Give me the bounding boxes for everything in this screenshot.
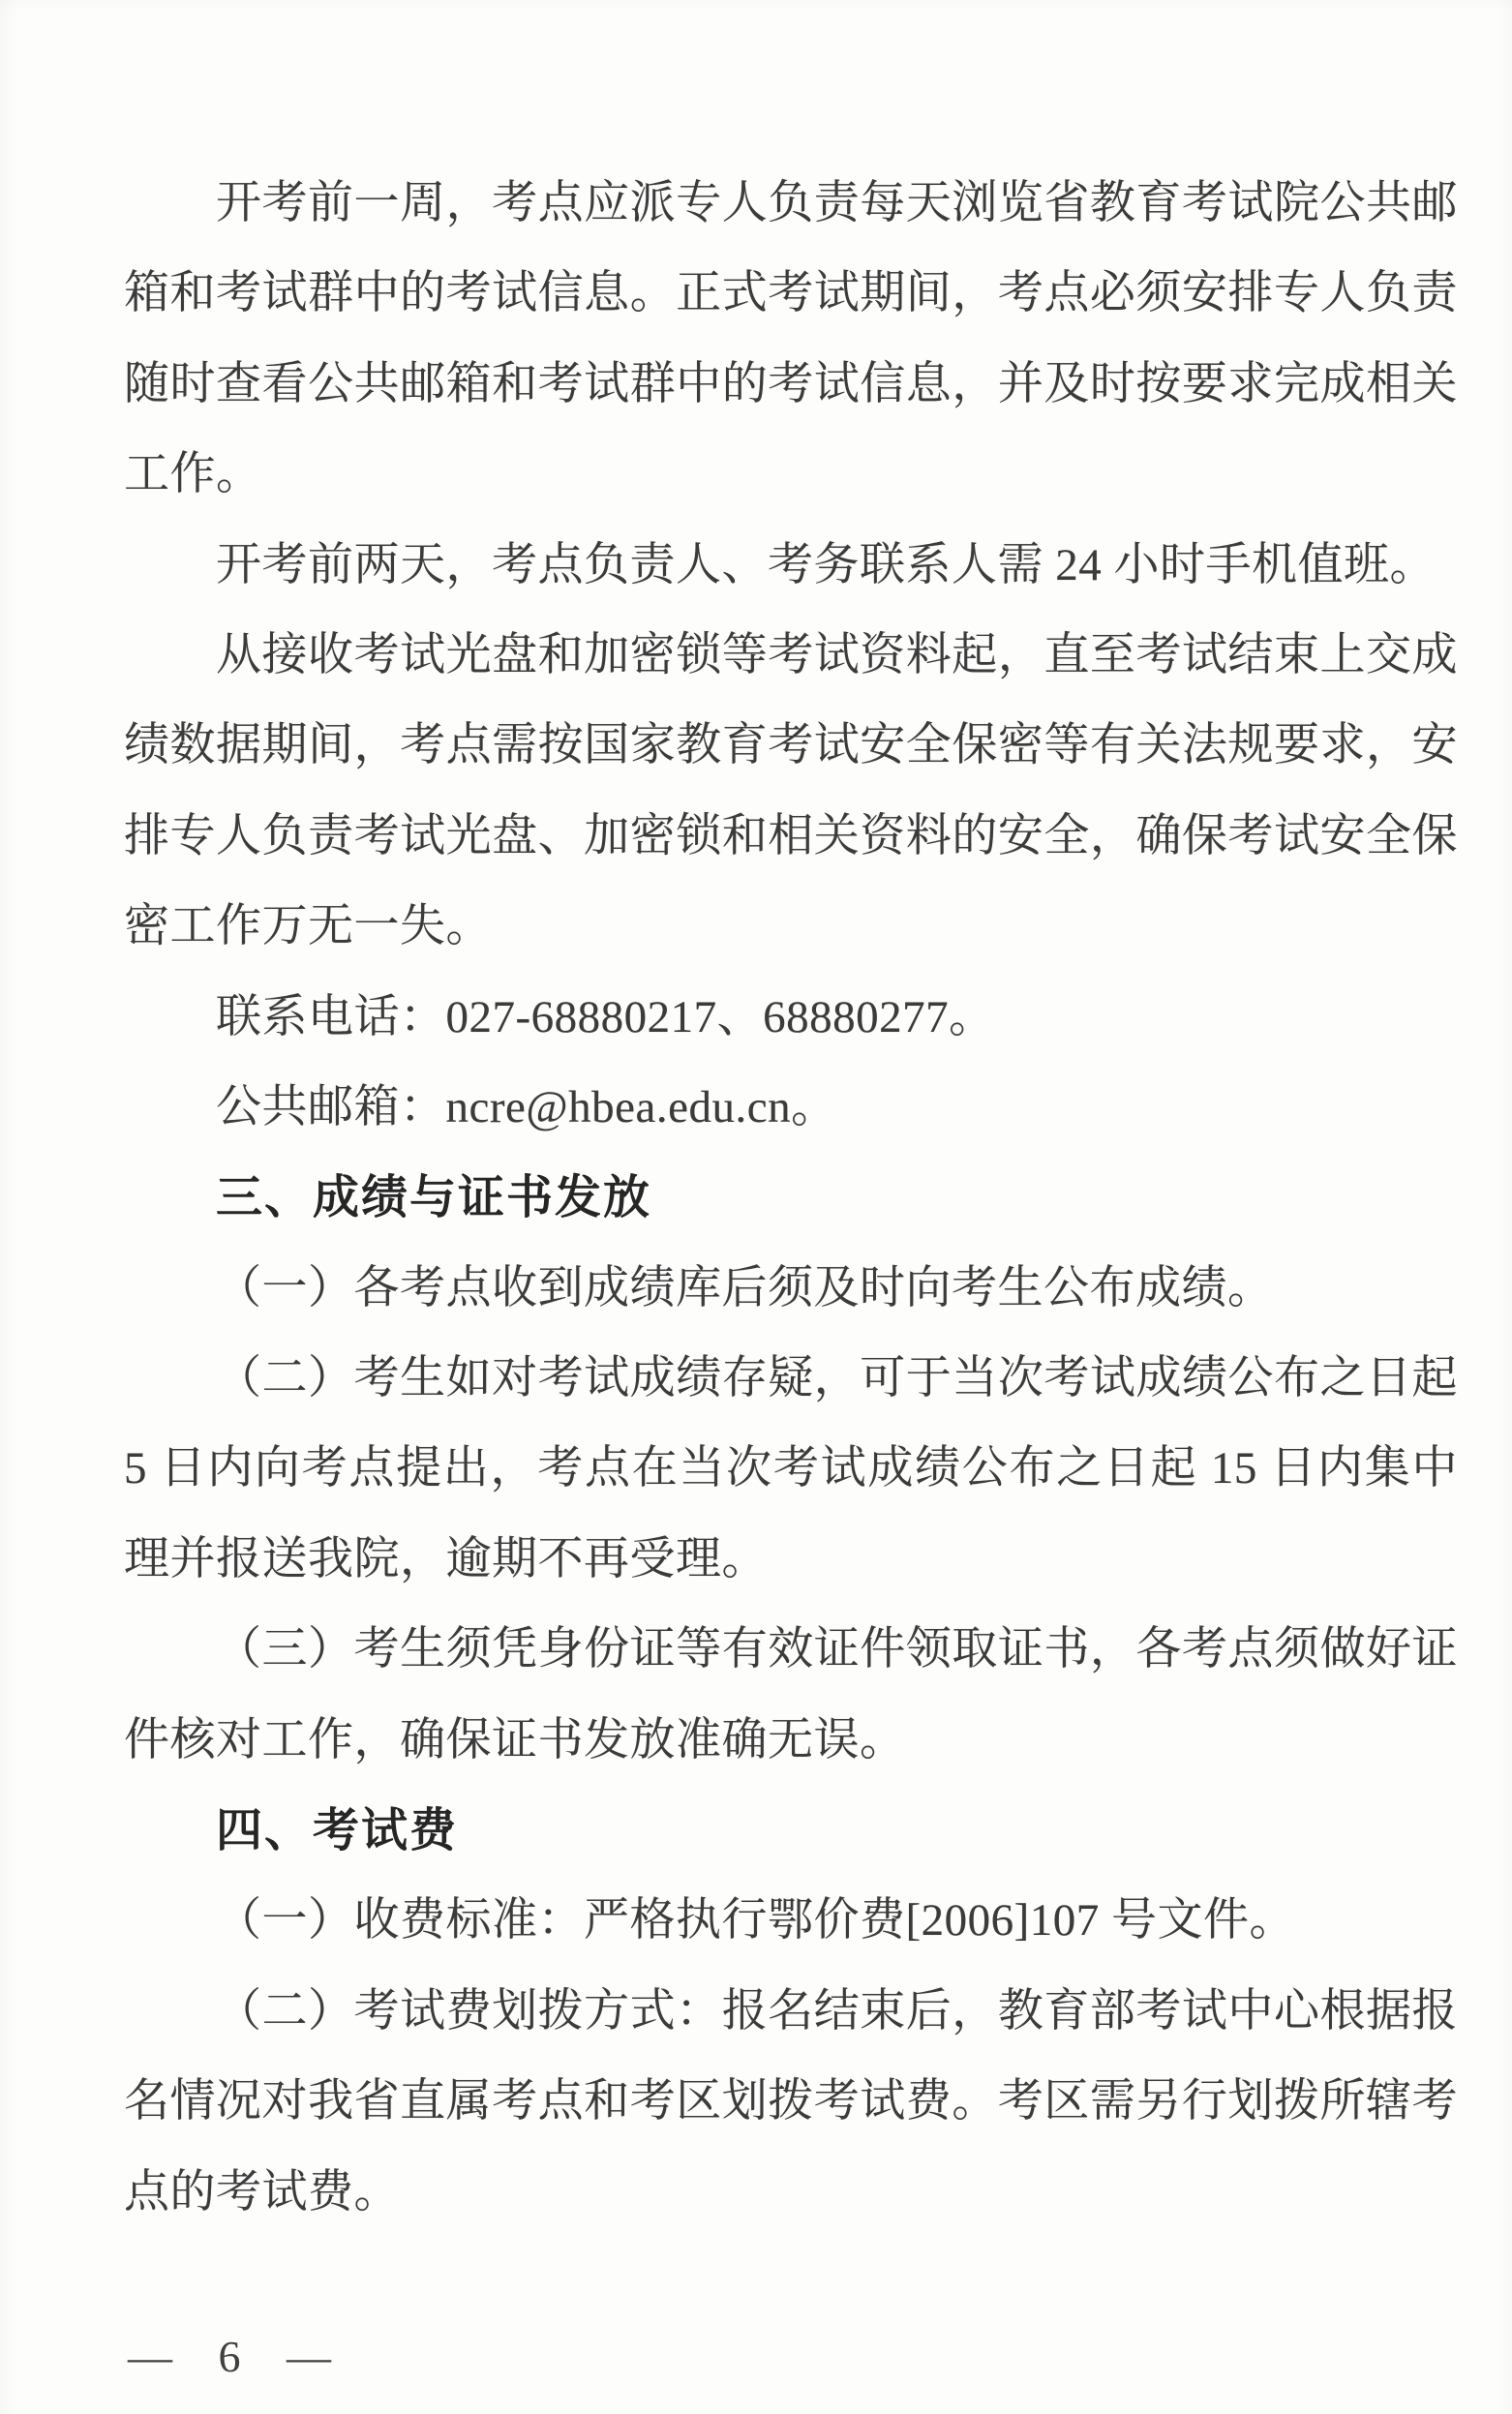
doc-line: （一）各考点收到成绩库后须及时向考生公布成绩。	[124, 1244, 1458, 1334]
section-heading-3: 三、成绩与证书发放	[124, 1153, 1458, 1243]
document-body: 开考前一周，考点应派专人负责每天浏览省教育考试院公共邮 箱和考试群中的考试信息。…	[124, 159, 1458, 2238]
contact-email-line: 公共邮箱：ncre@hbea.edu.cn。	[124, 1063, 1458, 1153]
doc-line: （二）考试费划拨方式：报名结束后，教育部考试中心根据报	[124, 1967, 1458, 2057]
doc-line: 理并报送我院，逾期不再受理。	[124, 1515, 1458, 1605]
page-number: — 6 —	[128, 2311, 341, 2402]
doc-line: 开考前一周，考点应派专人负责每天浏览省教育考试院公共邮	[124, 159, 1458, 249]
doc-line: 随时查看公共邮箱和考试群中的考试信息，并及时按要求完成相关	[124, 340, 1458, 430]
scanned-document-page: 开考前一周，考点应派专人负责每天浏览省教育考试院公共邮 箱和考试群中的考试信息。…	[0, 0, 1512, 2414]
doc-line: 箱和考试群中的考试信息。正式考试期间，考点必须安排专人负责	[124, 249, 1458, 339]
doc-line: 名情况对我省直属考点和考区划拨考试费。考区需另行划拨所辖考	[124, 2057, 1458, 2147]
doc-line: 5 日内向考点提出，考点在当次考试成绩公布之日起 15 日内集中整	[124, 1424, 1458, 1514]
doc-line: 点的考试费。	[124, 2148, 1458, 2238]
doc-line: 排专人负责考试光盘、加密锁和相关资料的安全，确保考试安全保	[124, 792, 1458, 882]
section-heading-4: 四、考试费	[124, 1786, 1458, 1876]
contact-phone-line: 联系电话：027-68880217、68880277。	[124, 973, 1458, 1063]
doc-line: （一）收费标准：严格执行鄂价费[2006]107 号文件。	[124, 1876, 1458, 1966]
doc-line: 工作。	[124, 430, 1458, 520]
doc-line: 密工作万无一失。	[124, 882, 1458, 972]
doc-line: 从接收考试光盘和加密锁等考试资料起，直至考试结束上交成	[124, 611, 1458, 701]
doc-line: 开考前两天，考点负责人、考务联系人需 24 小时手机值班。	[124, 521, 1458, 611]
doc-line: （三）考生须凭身份证等有效证件领取证书，各考点须做好证	[124, 1605, 1458, 1695]
doc-line: 绩数据期间，考点需按国家教育考试安全保密等有关法规要求，安	[124, 701, 1458, 791]
doc-line: 件核对工作，确保证书发放准确无误。	[124, 1696, 1458, 1786]
doc-line: （二）考生如对考试成绩存疑，可于当次考试成绩公布之日起	[124, 1334, 1458, 1424]
